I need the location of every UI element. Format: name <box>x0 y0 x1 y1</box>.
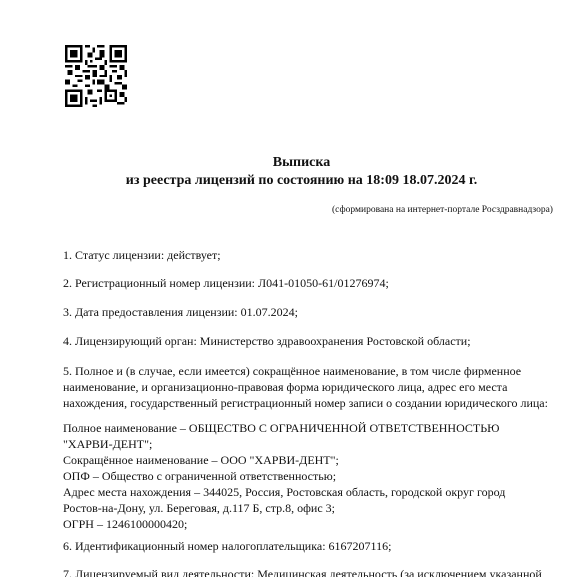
qr-code <box>65 45 127 107</box>
entity-address: Адрес места нахождения – 344025, Россия,… <box>63 484 505 500</box>
entity-heading-line: наименование, и организационно-правовая … <box>63 379 507 395</box>
source-note: (сформирована на интернет-портале Росздр… <box>332 205 553 215</box>
licensing-authority: 4. Лицензирующий орган: Министерство здр… <box>63 333 471 349</box>
entity-heading-line: 5. Полное и (в случае, если имеется) сок… <box>63 363 521 379</box>
entity-ogrn: ОГРН – 1246100000420; <box>63 516 187 532</box>
document-subtitle: из реестра лицензий по состоянию на 18:0… <box>13 173 577 189</box>
entity-full-name: Полное наименование – ОБЩЕСТВО С ОГРАНИЧ… <box>63 420 499 436</box>
document-title: Выписка <box>13 155 577 171</box>
license-date: 3. Дата предоставления лицензии: 01.07.2… <box>63 304 298 320</box>
entity-short-name: Сокращённое наименование – ООО "ХАРВИ-ДЕ… <box>63 452 339 468</box>
license-reg-number: 2. Регистрационный номер лицензии: Л041-… <box>63 275 389 291</box>
qr-code-icon <box>65 45 127 107</box>
entity-full-name-cont: "ХАРВИ-ДЕНТ"; <box>63 436 152 452</box>
entity-legal-form: ОПФ – Общество с ограниченной ответствен… <box>63 468 336 484</box>
entity-heading-line: нахождения, государственный регистрацион… <box>63 395 548 411</box>
entity-address-cont: Ростов-на-Дону, ул. Береговая, д.117 Б, … <box>63 500 335 516</box>
license-status: 1. Статус лицензии: действует; <box>63 247 221 263</box>
licensed-activity: 7. Лицензируемый вид деятельности: Медиц… <box>63 566 542 577</box>
taxpayer-inn: 6. Идентификационный номер налогоплатель… <box>63 538 391 554</box>
